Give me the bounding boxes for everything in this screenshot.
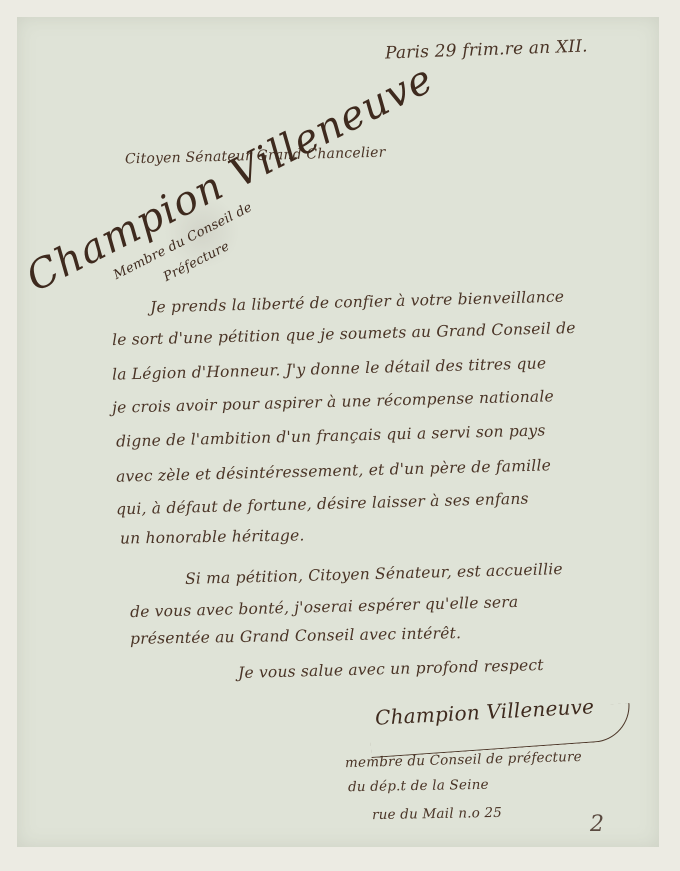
body-line: un honorable héritage. [120,526,305,547]
page-number-mark: 2 [590,812,604,837]
address-line: du dép.t de la Seine [348,777,489,795]
address-line: rue du Mail n.o 25 [372,805,502,823]
